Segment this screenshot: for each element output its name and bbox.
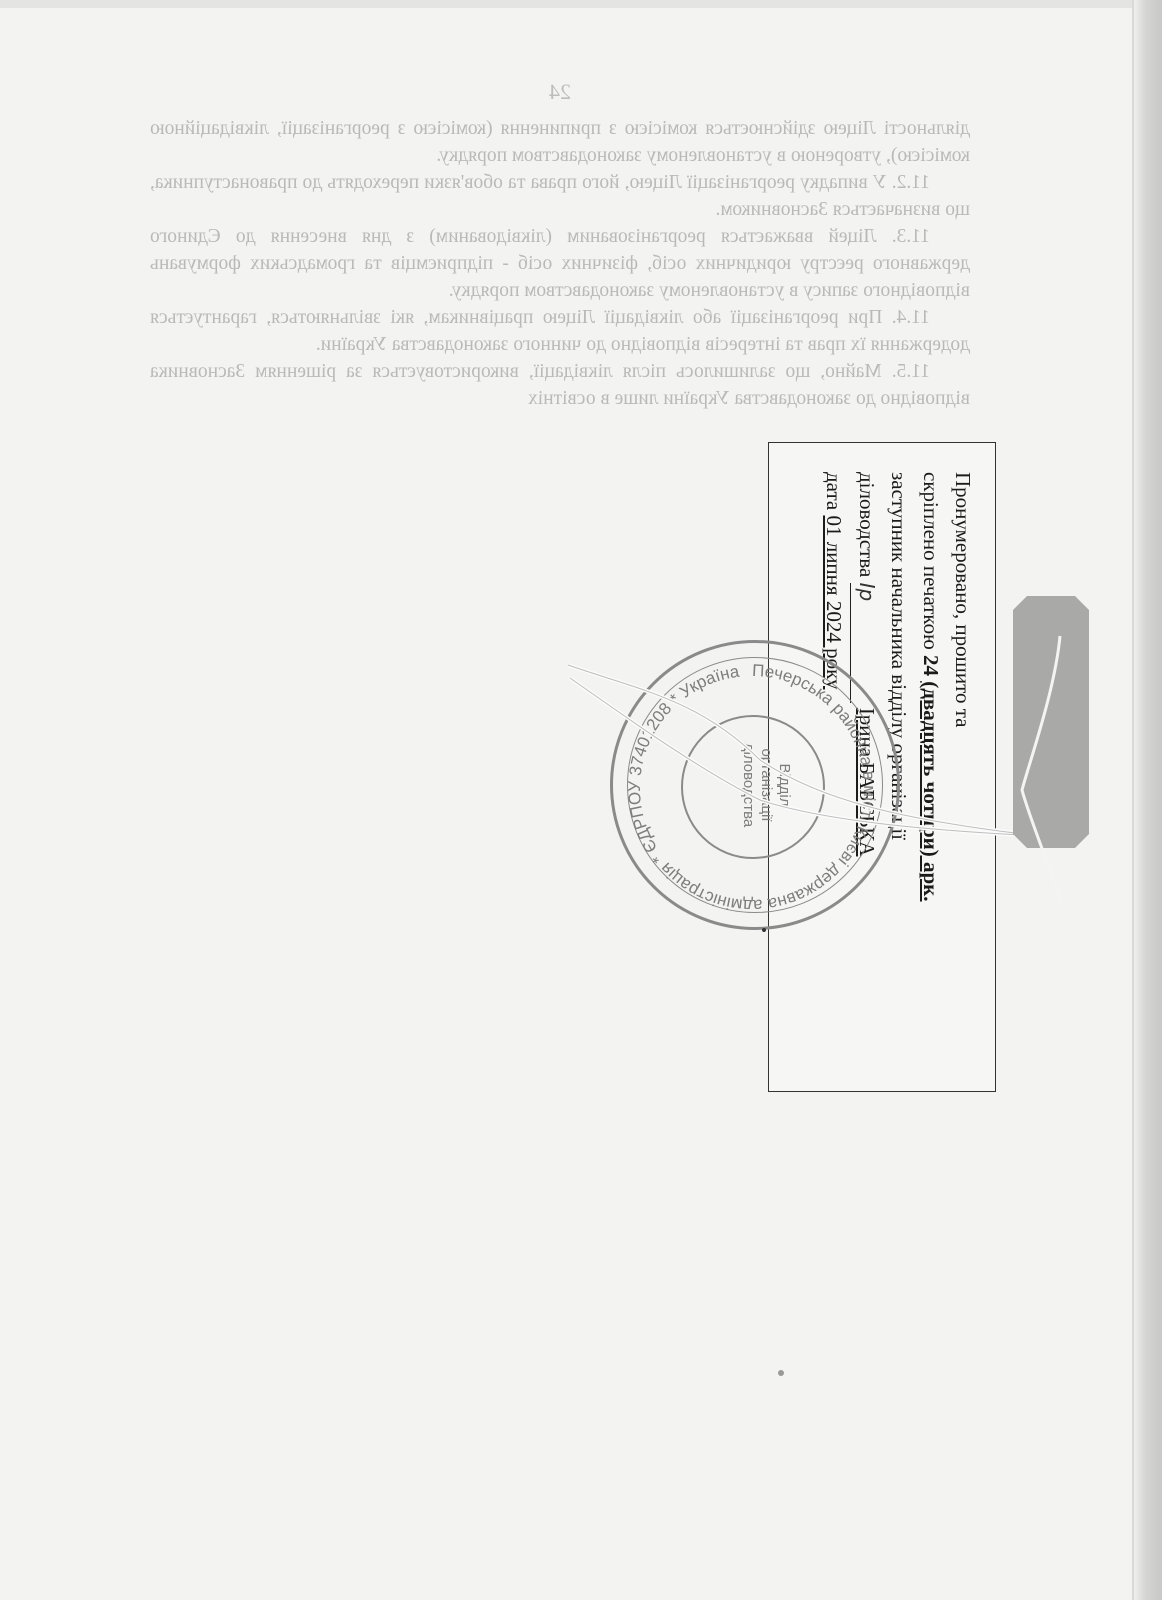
official-stamp: Печерська районна в місті Києві державна… xyxy=(610,640,900,930)
sheet-count-words: (двадцять чотири) арк. xyxy=(919,681,943,901)
reverse-paragraph: 11.5. Майно, що залишилось після ліквіда… xyxy=(150,358,970,412)
ink-spot xyxy=(778,1370,784,1376)
date-label: дата xyxy=(822,472,846,510)
reverse-page-number: 24 xyxy=(150,78,970,105)
ink-dot xyxy=(762,928,766,932)
reverse-side-text: 24 діяльності Ліцею здійснюється комісіє… xyxy=(150,78,970,412)
page-top-edge xyxy=(0,0,1162,8)
binding-cardboard-tab xyxy=(1013,596,1089,848)
cert-line-1: Пронумеровано, прошито та xyxy=(947,472,979,1062)
stamp-center-text: Відділ організації діловодства xyxy=(739,643,793,927)
reverse-paragraph: 11.3. Ліцей вважається реорганізованим (… xyxy=(150,223,970,304)
page-right-edge xyxy=(1134,0,1162,1600)
signature: Ір xyxy=(855,583,879,602)
reverse-paragraph: 11.2. У випадку реорганізації Ліцею, йог… xyxy=(150,169,970,223)
cert-line-2: скріплено печаткою 24 (двадцять чотири) … xyxy=(915,472,947,1062)
reverse-paragraph: 11.4. При реорганізації або ліквідації Л… xyxy=(150,304,970,358)
reverse-paragraph: діяльності Ліцею здійснюється комісією з… xyxy=(150,115,970,169)
sheet-count: 24 xyxy=(919,655,943,676)
